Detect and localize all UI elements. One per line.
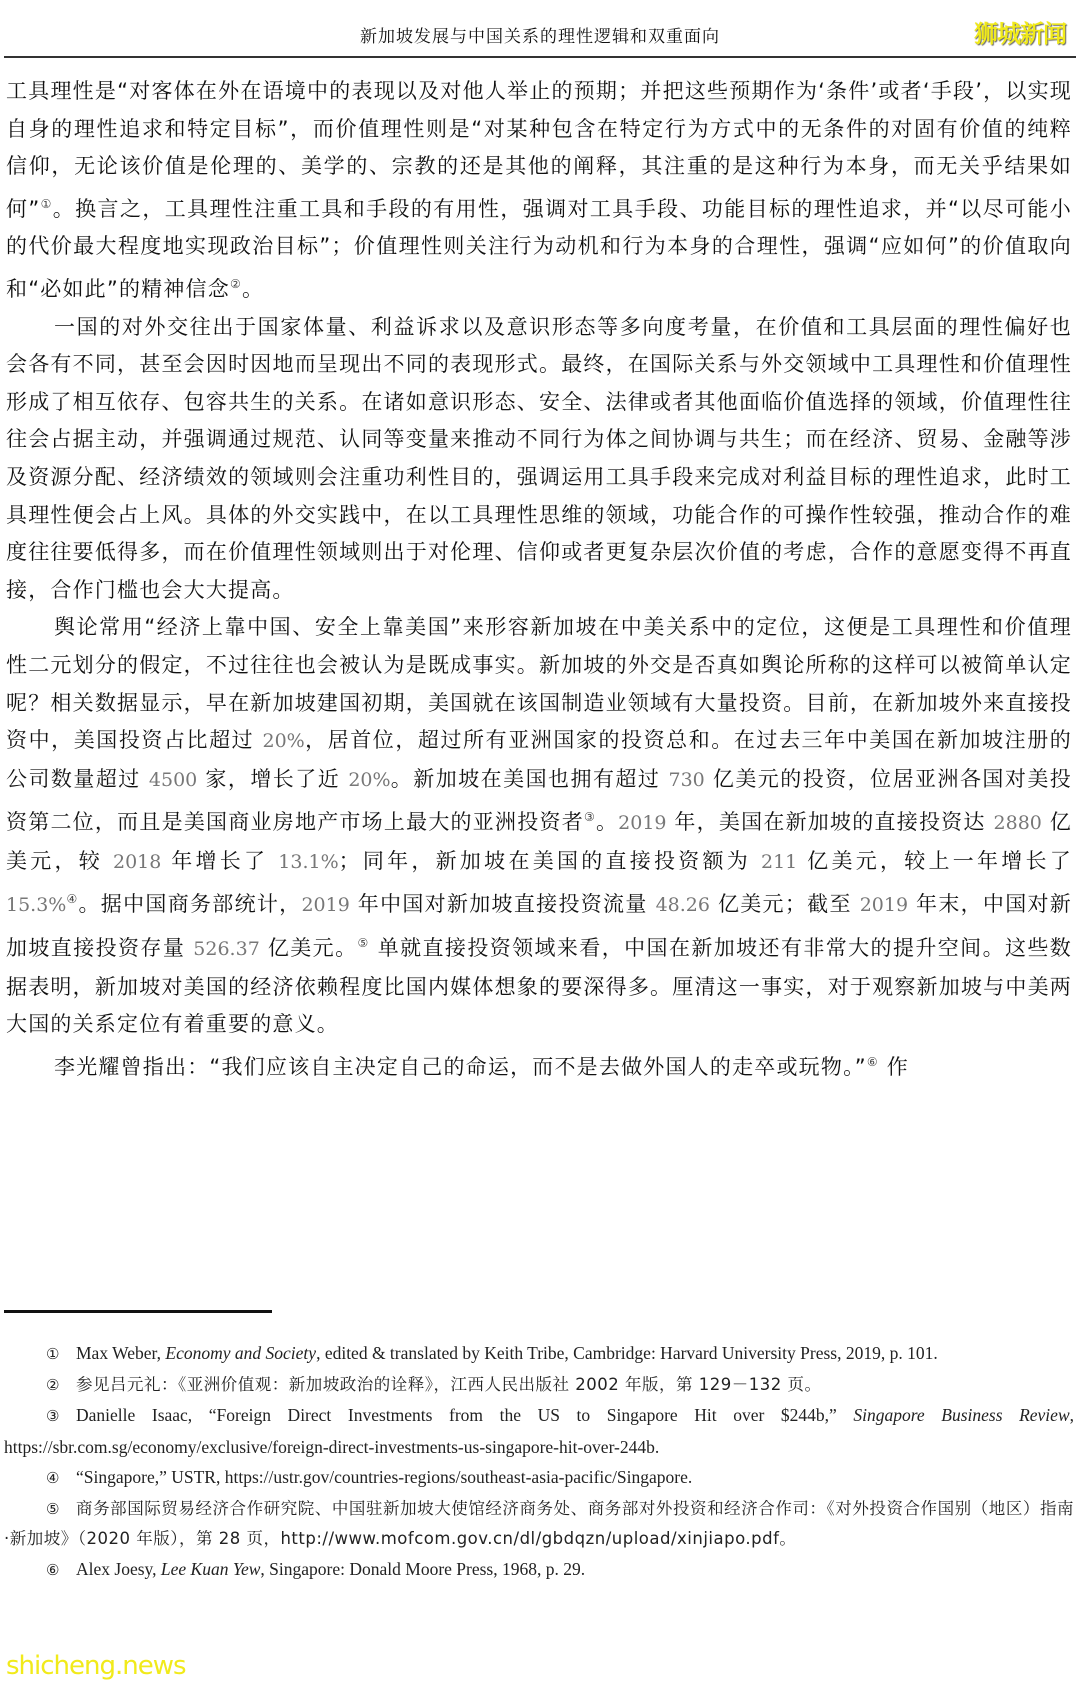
text: , Singapore: Donald Moore Press, 1968, p… [260, 1559, 585, 1579]
footnote-ref-1[interactable]: ① [40, 197, 52, 211]
footnote-mark: ③ [46, 1402, 76, 1432]
number: 211 [761, 851, 797, 873]
footnote-ref-2[interactable]: ② [230, 277, 242, 291]
footnote-ref-3[interactable]: ③ [584, 810, 596, 824]
footnote-ref-4[interactable]: ④ [66, 892, 78, 906]
text: Max Weber, [76, 1343, 165, 1363]
number: 4500 [149, 769, 197, 791]
text: 参见吕元礼：《亚洲价值观：新加坡政治的诠释》，江西人民出版社 2002 年版，第… [76, 1375, 821, 1394]
number: 13.1% [278, 851, 338, 873]
footnote-link[interactable]: 商务部国际贸易经济合作研究院、中国驻新加坡大使馆经济商务处、商务部对外投资和经济… [4, 1499, 1074, 1548]
number: 48.26 [656, 894, 710, 916]
watermark-logo-top: 狮城新闻 [974, 14, 1066, 49]
footnote-mark: ④ [46, 1464, 76, 1494]
footnote-ref-5[interactable]: ⑤ [357, 936, 369, 950]
number: 730 [668, 769, 704, 791]
footnote-mark: ② [46, 1370, 76, 1400]
text: 作 [879, 1055, 909, 1079]
footnote-3: ③Danielle Isaac, “Foreign Direct Investm… [4, 1400, 1074, 1462]
footnote-2: ②参见吕元礼：《亚洲价值观：新加坡政治的诠释》，江西人民出版社 2002 年版，… [4, 1370, 1074, 1400]
footnote-link[interactable]: “Singapore,” USTR, https://ustr.gov/coun… [76, 1467, 692, 1487]
text: 家，增长了近 [197, 767, 348, 791]
footnotes: ①Max Weber, Economy and Society, edited … [4, 1338, 1074, 1586]
text: 年增长了 [161, 849, 278, 873]
text: Danielle Isaac, “Foreign Direct Investme… [76, 1405, 853, 1425]
text: 。 [242, 277, 264, 301]
text: Alex Joesy, [76, 1559, 161, 1579]
footnote-mark: ⑤ [46, 1494, 76, 1524]
text: 年中国对新加坡直接投资流量 [350, 892, 656, 916]
page-header: 新加坡发展与中国关系的理性逻辑和双重面向 狮城新闻 [0, 0, 1080, 58]
watermark-site-url: shicheng.news [6, 1651, 186, 1681]
footnote-5: ⑤商务部国际贸易经济合作研究院、中国驻新加坡大使馆经济商务处、商务部对外投资和经… [4, 1494, 1074, 1554]
paragraph-2: 一国的对外交往出于国家体量、利益诉求以及意识形态等多向度考量，在价值和工具层面的… [6, 309, 1072, 610]
text: 。 [596, 810, 618, 834]
number: 2019 [860, 894, 908, 916]
paragraph-4: 李光耀曾指出：“我们应该自主决定自己的命运，而不是去做外国人的走卒或玩物。”⑥ … [6, 1044, 1072, 1087]
number: 2018 [113, 851, 161, 873]
book-title: Economy and Society [165, 1343, 316, 1363]
number: 20% [348, 769, 390, 791]
text: 亿美元；截至 [710, 892, 860, 916]
number: 2880 [994, 812, 1042, 834]
text: 李光耀曾指出：“我们应该自主决定自己的命运，而不是去做外国人的走卒或玩物。” [54, 1055, 867, 1079]
footnote-6: ⑥Alex Joesy, Lee Kuan Yew, Singapore: Do… [4, 1554, 1074, 1586]
footnote-1: ①Max Weber, Economy and Society, edited … [4, 1338, 1074, 1370]
footnote-rule [4, 1310, 272, 1313]
paragraph-3: 舆论常用“经济上靠中国、安全上靠美国”来形容新加坡在中美关系中的定位，这便是工具… [6, 609, 1072, 1044]
number: 15.3% [6, 894, 66, 916]
number: 2019 [301, 894, 349, 916]
number: 526.37 [193, 938, 259, 960]
footnote-mark: ⑥ [46, 1556, 76, 1586]
header-rule [4, 56, 1076, 58]
text: 。新加坡在美国也拥有超过 [391, 767, 669, 791]
text: ；同年，新加坡在美国的直接投资额为 [339, 849, 761, 873]
footnote-ref-6[interactable]: ⑥ [867, 1055, 879, 1069]
paragraph-1: 工具理性是“对客体在外在语境中的表现以及对他人举止的预期；并把这些预期作为‘条件… [6, 73, 1072, 309]
text: 亿美元。 [260, 936, 358, 960]
text: 亿美元，较上一年增长了 [797, 849, 1072, 873]
book-title: Lee Kuan Yew [161, 1559, 261, 1579]
publication-title: Singapore Business Review [853, 1405, 1069, 1425]
text: 。据中国商务部统计， [79, 892, 302, 916]
running-title: 新加坡发展与中国关系的理性逻辑和双重面向 [0, 22, 1080, 47]
footnote-mark: ① [46, 1340, 76, 1370]
text: 年，美国在新加坡的直接投资达 [667, 810, 994, 834]
body-text: 工具理性是“对客体在外在语境中的表现以及对他人举止的预期；并把这些预期作为‘条件… [6, 73, 1072, 1086]
text: , edited & translated by Keith Tribe, Ca… [316, 1343, 938, 1363]
footnote-4: ④“Singapore,” USTR, https://ustr.gov/cou… [4, 1462, 1074, 1494]
number: 2019 [618, 812, 666, 834]
number: 20% [262, 730, 304, 752]
text: 。换言之，工具理性注重工具和手段的有用性，强调对工具手段、功能目标的理性追求，并… [6, 197, 1072, 301]
